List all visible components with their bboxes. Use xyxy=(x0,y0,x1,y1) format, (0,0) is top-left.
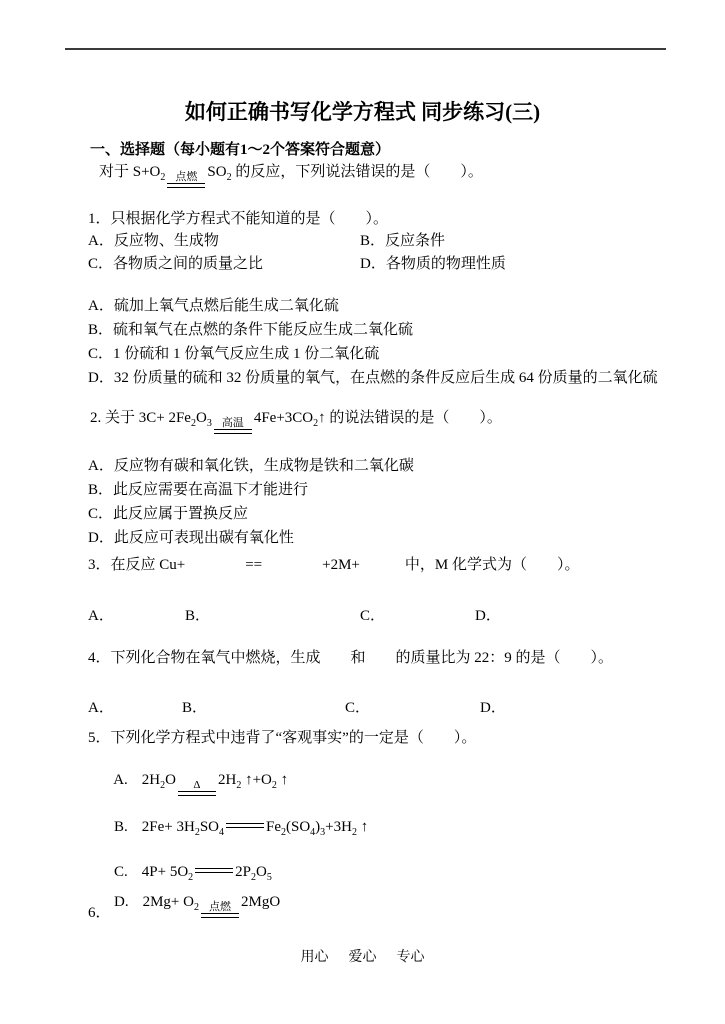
reaction-condition-over-equals: 点燃 xyxy=(201,902,239,918)
formula-subscript: 2 xyxy=(281,827,286,838)
q5-option-b-label: B. xyxy=(114,819,128,835)
q1-options-row-2: C．各物质之间的质量之比 D．各物质的物理性质 xyxy=(88,254,688,274)
q5-stem: 5．下列化学方程式中违背了“客观事实”的一定是（ ）。 xyxy=(88,728,476,748)
q2-stem-equation: 2. 关于 3C+ 2Fe2O3高温4Fe+3CO2↑ 的说法错误的是（ ）。 xyxy=(90,408,502,434)
intro-option-d: D．32 份质量的硫和 32 份质量的氧气，在点燃的条件反应后生成 64 份质量… xyxy=(88,368,658,388)
page-title: 如何正确书写化学方程式 同步练习(三) xyxy=(0,99,725,125)
document-page: 如何正确书写化学方程式 同步练习(三) 一、选择题（每小题有1～2个答案符合题意… xyxy=(0,0,725,1024)
q3-option-d: D． xyxy=(475,606,501,626)
q2-option-d: D．此反应可表现出碳有氧化性 xyxy=(88,528,294,548)
formula-subscript: 2 xyxy=(160,172,165,183)
footer-word-2: 爱心 xyxy=(349,950,377,965)
header-horizontal-rule xyxy=(65,48,666,50)
q5-option-a-label: A. xyxy=(113,772,128,788)
q4-option-a: A． xyxy=(88,698,114,718)
q4-option-d: D． xyxy=(480,698,506,718)
footer-word-1: 用心 xyxy=(301,950,329,965)
double-line xyxy=(201,913,239,918)
q4-option-c: C． xyxy=(345,698,370,718)
formula-subscript: 3 xyxy=(207,418,212,429)
q3-option-c: C． xyxy=(360,606,385,626)
q4-option-b: B． xyxy=(182,698,207,718)
intro-option-a: A．硫加上氧气点燃后能生成二氧化硫 xyxy=(88,296,339,316)
intro-option-c: C．1 份硫和 1 份氧气反应生成 1 份二氧化硫 xyxy=(88,344,379,364)
double-line xyxy=(214,429,252,434)
footer-word-3: 专心 xyxy=(397,950,425,965)
q5-option-b-equation: 2Fe+ 3H2SO4Fe2(SO4)3+3H2 ↑ xyxy=(142,819,368,835)
q3-stem: 3．在反应 Cu+ == +2M+ 中，M 化学式为（ ）。 xyxy=(88,555,579,575)
formula-subscript: 2 xyxy=(236,780,241,791)
condition-text: 点燃 xyxy=(209,902,231,913)
page-footer: 用心爱心专心 xyxy=(0,948,725,968)
double-line xyxy=(167,183,205,188)
formula-subscript: 4 xyxy=(219,827,224,838)
reaction-condition-over-equals: 高温 xyxy=(214,418,252,434)
formula-subscript: 2 xyxy=(194,902,199,913)
condition-text: Δ xyxy=(193,780,200,791)
section-heading: 一、选择题（每小题有1～2个答案符合题意） xyxy=(90,140,390,160)
q1-option-b: B．反应条件 xyxy=(360,231,445,251)
q1-options-row-1: A．反应物、生成物 B．反应条件 xyxy=(88,231,688,251)
q1-option-d: D．各物质的物理性质 xyxy=(360,254,506,274)
q5-option-d-equation: 2Mg+ O2点燃2MgO xyxy=(143,894,281,910)
double-line-equals xyxy=(226,823,264,828)
q4-stem: 4．下列化合物在氧气中燃烧，生成 和 的质量比为 22：9 的是（ ）。 xyxy=(88,648,613,668)
q2-option-b: B．此反应需要在高温下才能进行 xyxy=(88,480,308,500)
q5-option-d: D.2Mg+ O2点燃2MgO xyxy=(99,872,280,938)
q2-option-c: C．此反应属于置换反应 xyxy=(88,504,248,524)
intro-question-equation: 对于 S+O2点燃SO2 的反应，下列说法错误的是（ ）。 xyxy=(99,162,483,188)
formula-subscript: 2 xyxy=(272,780,277,791)
q3-option-a: A． xyxy=(88,606,114,626)
formula-subscript: 4 xyxy=(310,827,315,838)
q1-option-a: A．反应物、生成物 xyxy=(88,231,219,251)
q3-option-b: B． xyxy=(185,606,210,626)
q2-option-a: A．反应物有碳和氧化铁，生成物是铁和二氧化碳 xyxy=(88,456,414,476)
formula-subscript: 2 xyxy=(352,827,357,838)
condition-text: 点燃 xyxy=(175,172,197,183)
q3-options-row: A． B． C． D． xyxy=(88,606,688,626)
q5-option-d-label: D. xyxy=(114,894,129,910)
q6-stem: 6． xyxy=(88,903,111,923)
intro-option-b: B．硫和氧气在点燃的条件下能反应生成二氧化硫 xyxy=(88,320,413,340)
q1-stem: 1．只根据化学方程式不能知道的是（ ）。 xyxy=(88,209,388,229)
q1-option-c: C．各物质之间的质量之比 xyxy=(88,254,263,274)
double-line xyxy=(226,823,264,828)
formula-subscript: 2 xyxy=(195,827,200,838)
formula-subscript: 2 xyxy=(191,418,196,429)
q5-option-a-equation: 2H2OΔ2H2 ↑+O2 ↑ xyxy=(142,772,288,788)
double-line xyxy=(178,791,216,796)
reaction-condition-over-equals: 点燃 xyxy=(167,172,205,188)
formula-subscript: 2 xyxy=(227,172,232,183)
reaction-condition-over-equals: Δ xyxy=(178,780,216,796)
q4-options-row: A． B． C． D． xyxy=(88,698,688,718)
formula-subscript: 2 xyxy=(160,780,165,791)
formula-subscript: 2 xyxy=(313,418,318,429)
formula-subscript: 3 xyxy=(320,827,325,838)
condition-text: 高温 xyxy=(222,418,244,429)
